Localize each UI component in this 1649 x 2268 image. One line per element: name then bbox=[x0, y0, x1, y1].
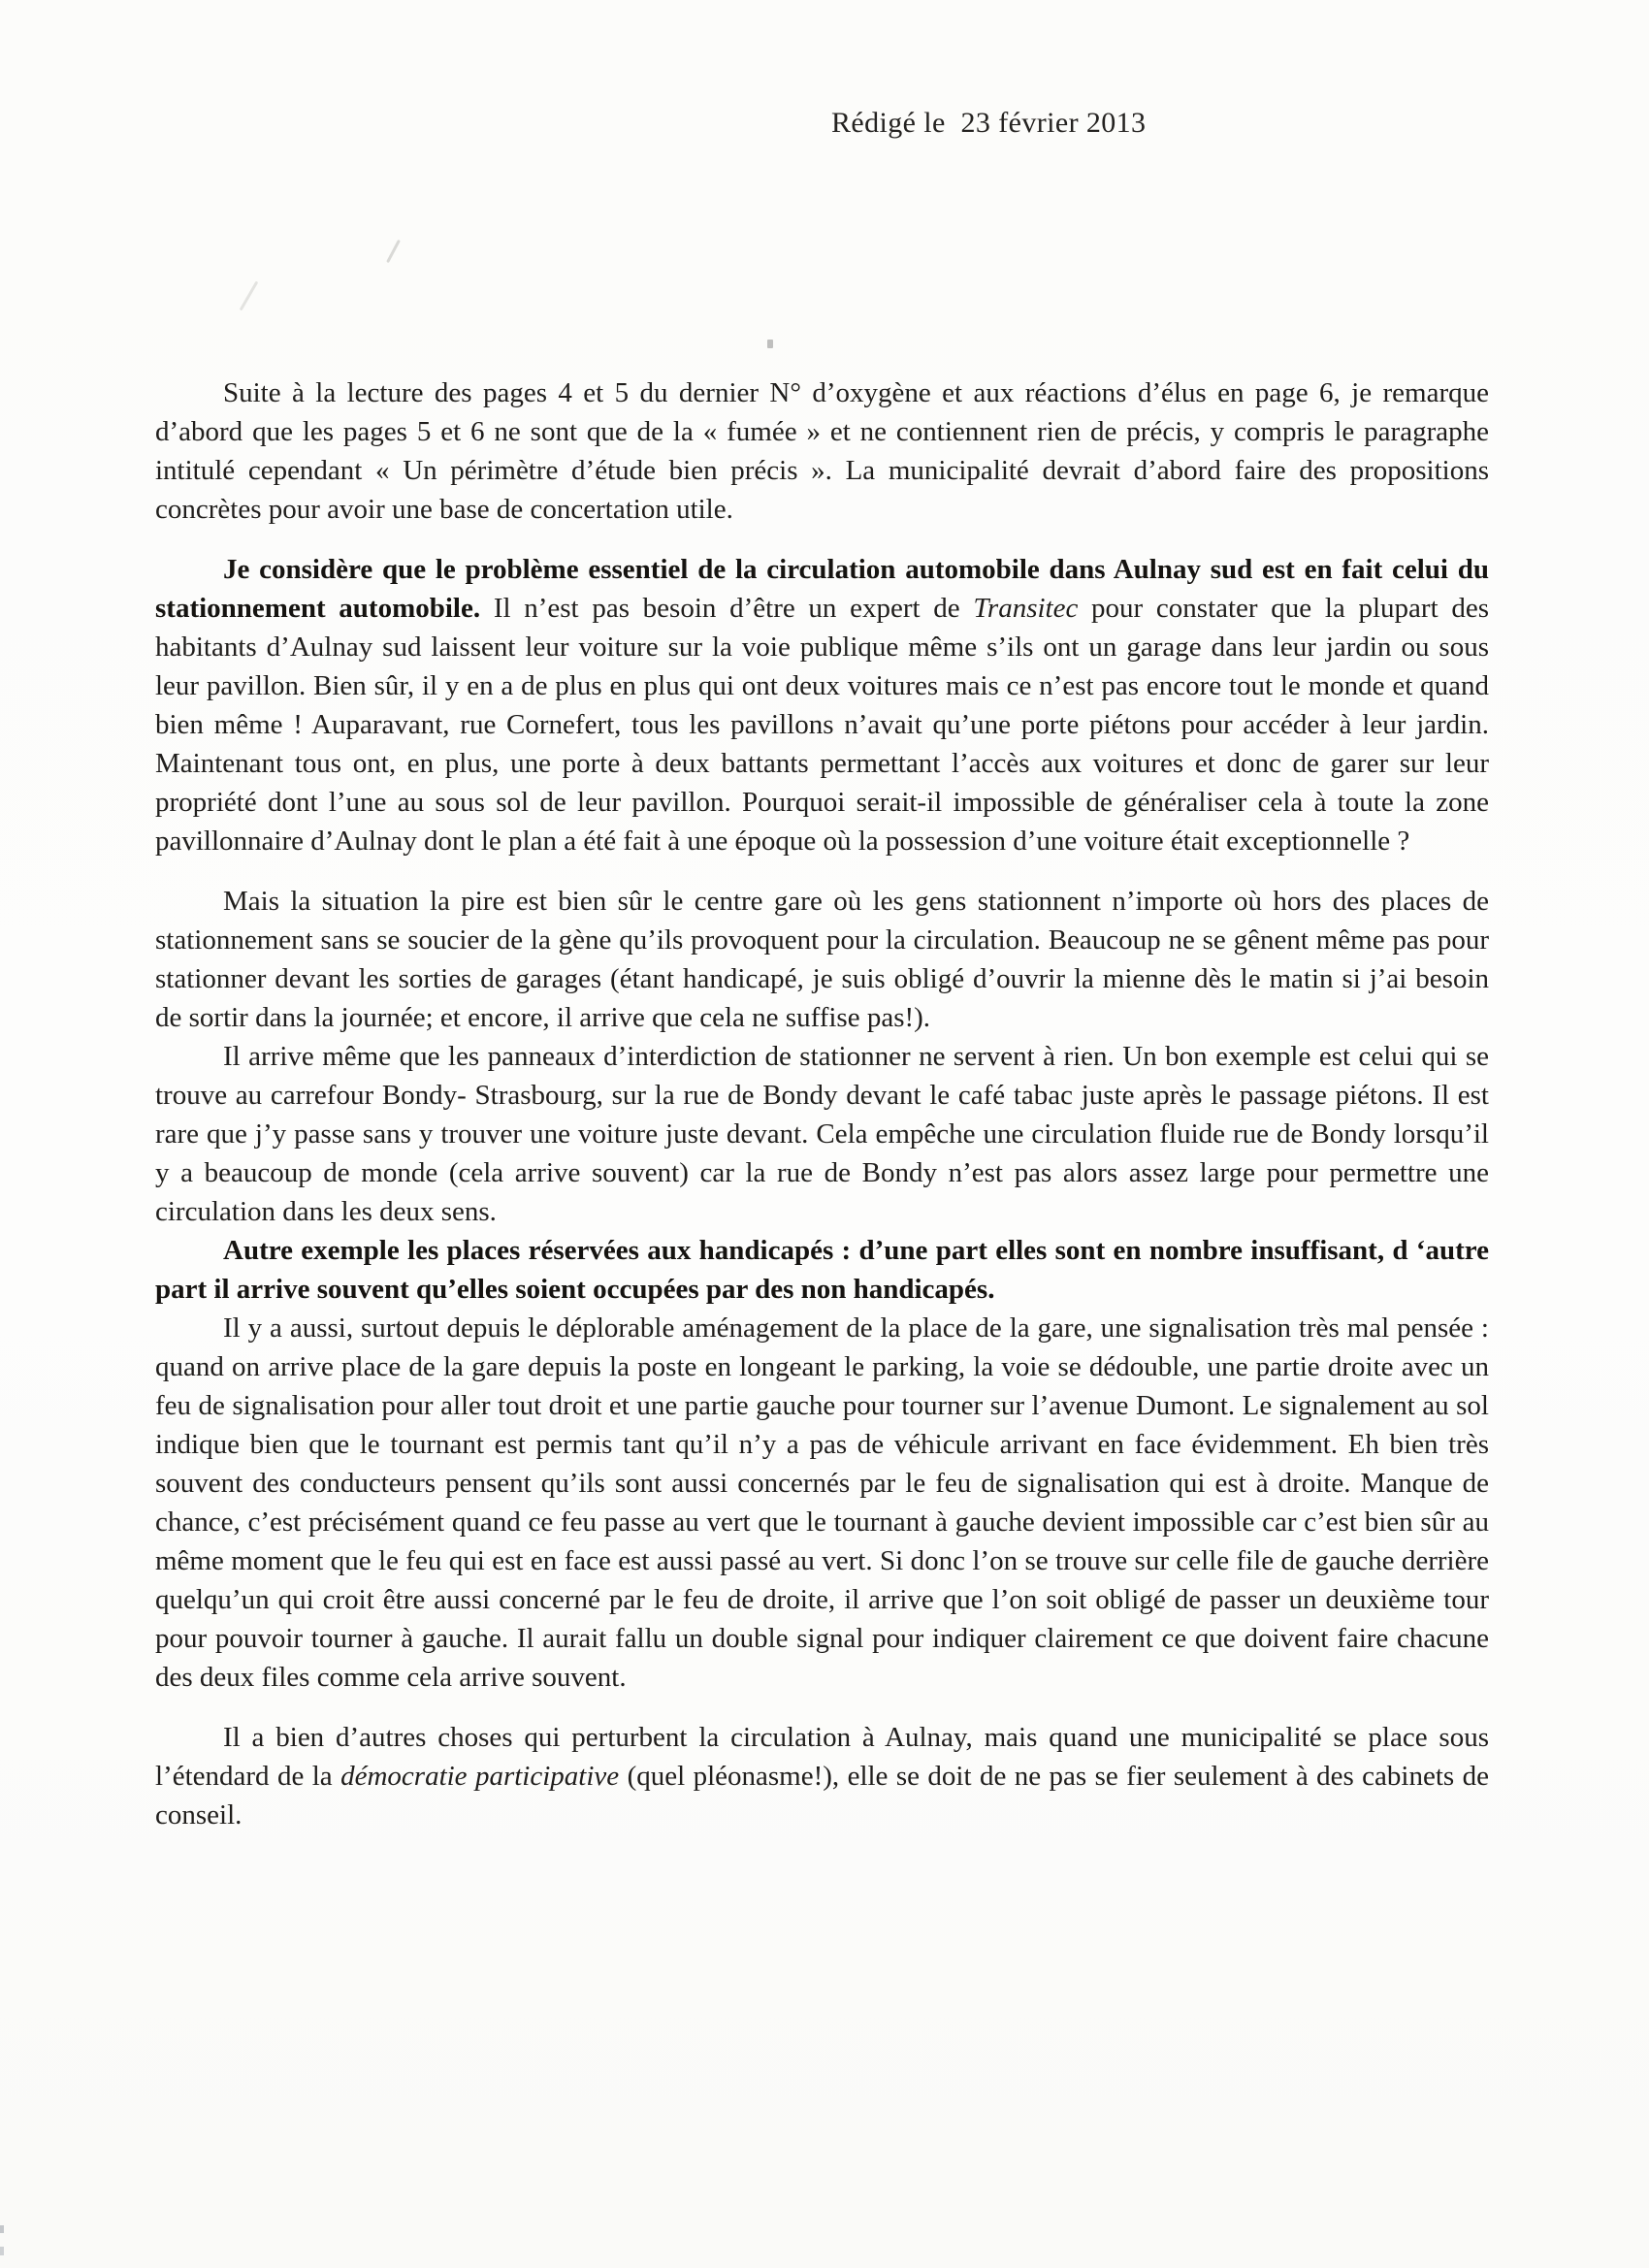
paragraph-centre-gare: Mais la situation la pire est bien sûr l… bbox=[155, 882, 1489, 1037]
date-line: Rédigé le 23 février 2013 bbox=[831, 107, 1146, 140]
paragraph-stationnement-rest: pour constater que la plupart des habita… bbox=[155, 593, 1489, 857]
italic-transitec: Transitec bbox=[973, 593, 1078, 624]
scan-streak bbox=[386, 240, 401, 263]
paragraph-stationnement-mid: Il n’est pas besoin d’être un expert de bbox=[480, 593, 973, 624]
scan-edge-artifact bbox=[0, 2247, 4, 2255]
paragraph-probleme-stationnement: Je considère que le problème essentiel d… bbox=[155, 550, 1489, 860]
paragraph-places-handicapes: Autre exemple les places réservées aux h… bbox=[155, 1231, 1489, 1309]
italic-democratie-participative: démocratie participative bbox=[340, 1761, 619, 1792]
paragraph-conclusion: Il a bien d’autres choses qui perturbent… bbox=[155, 1718, 1489, 1834]
scanned-letter-page: Rédigé le 23 février 2013 Suite à la lec… bbox=[0, 0, 1649, 2268]
paragraph-panneaux-text: Il arrive même que les panneaux d’interd… bbox=[155, 1041, 1489, 1227]
scan-streak bbox=[240, 281, 259, 311]
paragraph-panneaux-interdiction: Il arrive même que les panneaux d’interd… bbox=[155, 1037, 1489, 1231]
scan-speck bbox=[767, 340, 773, 348]
bold-statement-handicapes: Autre exemple les places réservées aux h… bbox=[155, 1235, 1489, 1305]
letter-body: Suite à la lecture des pages 4 et 5 du d… bbox=[155, 373, 1489, 1834]
paragraph-signalisation-gare: Il y a aussi, surtout depuis le déplorab… bbox=[155, 1309, 1489, 1697]
scan-edge-artifact bbox=[0, 2225, 4, 2233]
paragraph-signalisation-text: Il y a aussi, surtout depuis le déplorab… bbox=[155, 1312, 1489, 1693]
paragraph-intro: Suite à la lecture des pages 4 et 5 du d… bbox=[155, 373, 1489, 529]
paragraph-intro-text: Suite à la lecture des pages 4 et 5 du d… bbox=[155, 377, 1489, 525]
paragraph-centre-gare-text: Mais la situation la pire est bien sûr l… bbox=[155, 886, 1489, 1033]
